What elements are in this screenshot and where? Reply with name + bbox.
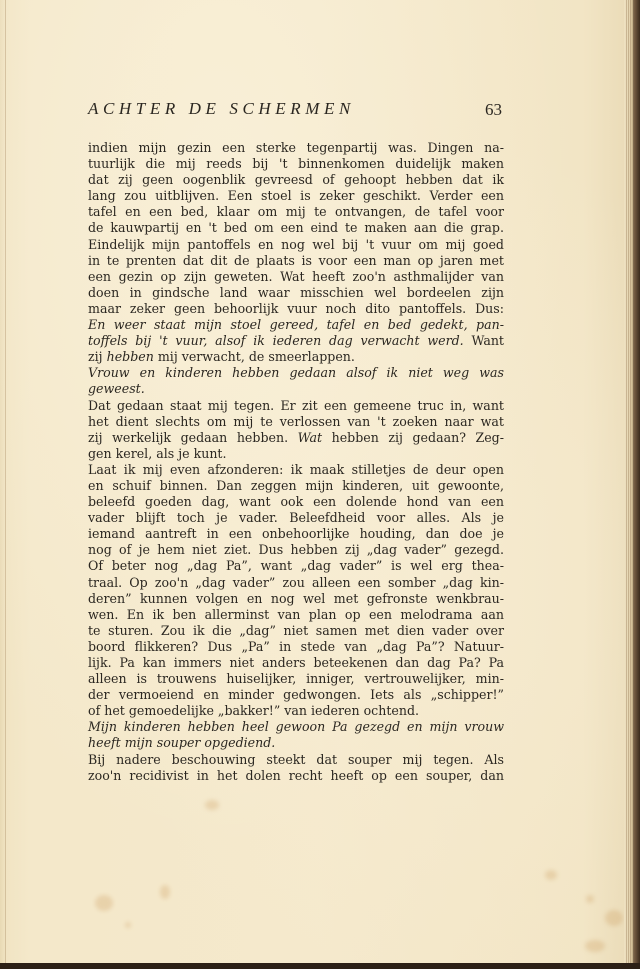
italic-text: Mijn kinderen hebben heel gewoon Pa geze… <box>88 719 504 734</box>
text-segment: Laat ik mij even afzonderen: ik maak sti… <box>88 462 504 477</box>
text-line: Mijn kinderen hebben heel gewoon Pa geze… <box>88 719 504 735</box>
text-line: deren” kunnen volgen en nog wel met gefr… <box>88 591 504 607</box>
text-segment: lang zou uitblijven. Een stoel is zeker … <box>88 188 504 203</box>
text-line: tafel en een bed, klaar om mij te ontvan… <box>88 204 504 220</box>
body-text: indien mijn gezin een sterke tegenpartij… <box>88 140 504 784</box>
text-segment: wen. En ik ben allerminst van plan op ee… <box>88 607 504 622</box>
text-segment: Of beter nog „dag Pa”, want „dag vader” … <box>88 558 504 573</box>
text-segment: het dient slechts om mij te verlossen va… <box>88 414 504 429</box>
page-edge-stack <box>624 0 634 963</box>
text-line: nog of je hem niet ziet. Dus hebben zij … <box>88 542 504 558</box>
text-line: Of beter nog „dag Pa”, want „dag vader” … <box>88 558 504 574</box>
text-line: alleen is trouwens huiselijker, inniger,… <box>88 671 504 687</box>
text-segment: nog of je hem niet ziet. Dus hebben zij … <box>88 542 504 557</box>
text-segment: zoo'n recidivist in het dolen recht heef… <box>88 768 504 783</box>
text-line: vader blijft toch je vader. Beleefdheid … <box>88 510 504 526</box>
text-line: beleefd goeden dag, want ook een dolende… <box>88 494 504 510</box>
text-segment: zij <box>88 349 107 364</box>
text-line: zij werkelijk gedaan hebben. Wat hebben … <box>88 430 504 446</box>
foxing-stain <box>95 895 113 911</box>
text-line: doen in gindsche land waar misschien wel… <box>88 285 504 301</box>
text-segment: lijk. Pa kan immers niet anders beteeken… <box>88 655 504 670</box>
text-segment: Bij nadere beschouwing steekt dat souper… <box>88 752 504 767</box>
page-shadow-bottom <box>0 963 640 969</box>
text-line: zij hebben mij verwacht, de smeerlappen. <box>88 349 504 365</box>
text-segment: de kauwpartij en 't bed om een eind te m… <box>88 220 504 235</box>
text-line: Laat ik mij even afzonderen: ik maak sti… <box>88 462 504 478</box>
text-line: der vermoeiend en minder gedwongen. Iets… <box>88 687 504 703</box>
text-segment: alleen is trouwens huiselijker, inniger,… <box>88 671 504 686</box>
text-line: heeft mijn souper opgediend. <box>88 735 504 751</box>
text-segment: Dat gedaan staat mij tegen. Er zit een g… <box>88 398 504 413</box>
text-line: Bij nadere beschouwing steekt dat souper… <box>88 752 504 768</box>
text-line: lang zou uitblijven. Een stoel is zeker … <box>88 188 504 204</box>
text-line: Vrouw en kinderen hebben gedaan alsof ik… <box>88 365 504 381</box>
text-line: boord flikkeren? Dus „Pa” in stede van „… <box>88 639 504 655</box>
text-line: geweest. <box>88 381 504 397</box>
text-segment: in te prenten dat dit de plaats is voor … <box>88 253 504 268</box>
text-line: wen. En ik ben allerminst van plan op ee… <box>88 607 504 623</box>
text-segment: deren” kunnen volgen en nog wel met gefr… <box>88 591 504 606</box>
text-line: tuurlijk die mij reeds bij 't binnenkome… <box>88 156 504 172</box>
page-header: ACHTER DE SCHERMEN 63 <box>88 99 504 123</box>
text-line: het dient slechts om mij te verlossen va… <box>88 414 504 430</box>
italic-text: En weer staat mijn stoel gereed, tafel e… <box>88 317 504 332</box>
text-segment: een gezin op zijn geweten. Wat heeft zoo… <box>88 269 504 284</box>
text-line: Eindelijk mijn pantoffels en nog wel bij… <box>88 237 504 253</box>
page-number: 63 <box>485 100 502 120</box>
italic-text: geweest. <box>88 381 145 396</box>
text-line: in te prenten dat dit de plaats is voor … <box>88 253 504 269</box>
text-line: traal. Op zoo'n „dag vader” zou alleen e… <box>88 575 504 591</box>
text-segment: hebben zij gedaan? Zeg- <box>322 430 504 445</box>
foxing-stain <box>160 885 170 899</box>
italic-text: Vrouw en kinderen hebben gedaan alsof ik… <box>88 365 504 380</box>
text-line: te sturen. Zou ik die „dag” niet samen m… <box>88 623 504 639</box>
italic-text: toffels bij 't vuur, alsof ik iederen da… <box>88 333 464 348</box>
text-segment: maar zeker geen behoorlijk vuur noch dit… <box>88 301 504 316</box>
text-segment: iemand aantreft in een onbehoorlijke hou… <box>88 526 504 541</box>
text-line: de kauwpartij en 't bed om een eind te m… <box>88 220 504 236</box>
binding-edge <box>5 0 6 963</box>
text-segment: gen kerel, als je kunt. <box>88 446 227 461</box>
text-line: toffels bij 't vuur, alsof ik iederen da… <box>88 333 504 349</box>
text-line: zoo'n recidivist in het dolen recht heef… <box>88 768 504 784</box>
text-line: gen kerel, als je kunt. <box>88 446 504 462</box>
text-segment: vader blijft toch je vader. Beleefdheid … <box>88 510 504 525</box>
text-line: en schuif binnen. Dan zeggen mijn kinder… <box>88 478 504 494</box>
text-segment: der vermoeiend en minder gedwongen. Iets… <box>88 687 504 702</box>
text-segment: Eindelijk mijn pantoffels en nog wel bij… <box>88 237 504 252</box>
text-line: maar zeker geen behoorlijk vuur noch dit… <box>88 301 504 317</box>
text-line: dat zij geen oogenblik gevreesd of gehoo… <box>88 172 504 188</box>
text-segment: te sturen. Zou ik die „dag” niet samen m… <box>88 623 504 638</box>
text-segment: indien mijn gezin een sterke tegenpartij… <box>88 140 504 155</box>
running-title: ACHTER DE SCHERMEN <box>88 99 355 119</box>
text-segment: zij werkelijk gedaan hebben. <box>88 430 298 445</box>
italic-text: hebben <box>107 349 154 364</box>
text-line: Dat gedaan staat mij tegen. Er zit een g… <box>88 398 504 414</box>
foxing-stain <box>545 870 557 880</box>
book-page: ACHTER DE SCHERMEN 63 indien mijn gezin … <box>0 0 634 963</box>
text-line: een gezin op zijn geweten. Wat heeft zoo… <box>88 269 504 285</box>
text-segment: boord flikkeren? Dus „Pa” in stede van „… <box>88 639 504 654</box>
text-line: En weer staat mijn stoel gereed, tafel e… <box>88 317 504 333</box>
foxing-stain <box>605 910 623 926</box>
text-segment: tafel en een bed, klaar om mij te ontvan… <box>88 204 504 219</box>
text-line: lijk. Pa kan immers niet anders beteeken… <box>88 655 504 671</box>
text-segment: Want <box>464 333 504 348</box>
text-line: indien mijn gezin een sterke tegenpartij… <box>88 140 504 156</box>
text-segment: tuurlijk die mij reeds bij 't binnenkome… <box>88 156 504 171</box>
foxing-stain <box>125 922 131 928</box>
text-segment: dat zij geen oogenblik gevreesd of gehoo… <box>88 172 504 187</box>
italic-text: Wat <box>298 430 322 445</box>
text-segment: doen in gindsche land waar misschien wel… <box>88 285 504 300</box>
foxing-stain <box>585 940 605 952</box>
text-segment: beleefd goeden dag, want ook een dolende… <box>88 494 504 509</box>
text-line: iemand aantreft in een onbehoorlijke hou… <box>88 526 504 542</box>
text-segment: mij verwacht, de smeerlappen. <box>154 349 355 364</box>
foxing-stain <box>586 895 594 903</box>
text-segment: traal. Op zoo'n „dag vader” zou alleen e… <box>88 575 504 590</box>
text-line: of het gemoedelijke „bakker!” van iedere… <box>88 703 504 719</box>
foxing-stain <box>205 800 219 810</box>
page-shadow-right <box>634 0 640 969</box>
text-segment: en schuif binnen. Dan zeggen mijn kinder… <box>88 478 504 493</box>
italic-text: heeft mijn souper opgediend. <box>88 735 275 750</box>
text-segment: of het gemoedelijke „bakker!” van iedere… <box>88 703 419 718</box>
